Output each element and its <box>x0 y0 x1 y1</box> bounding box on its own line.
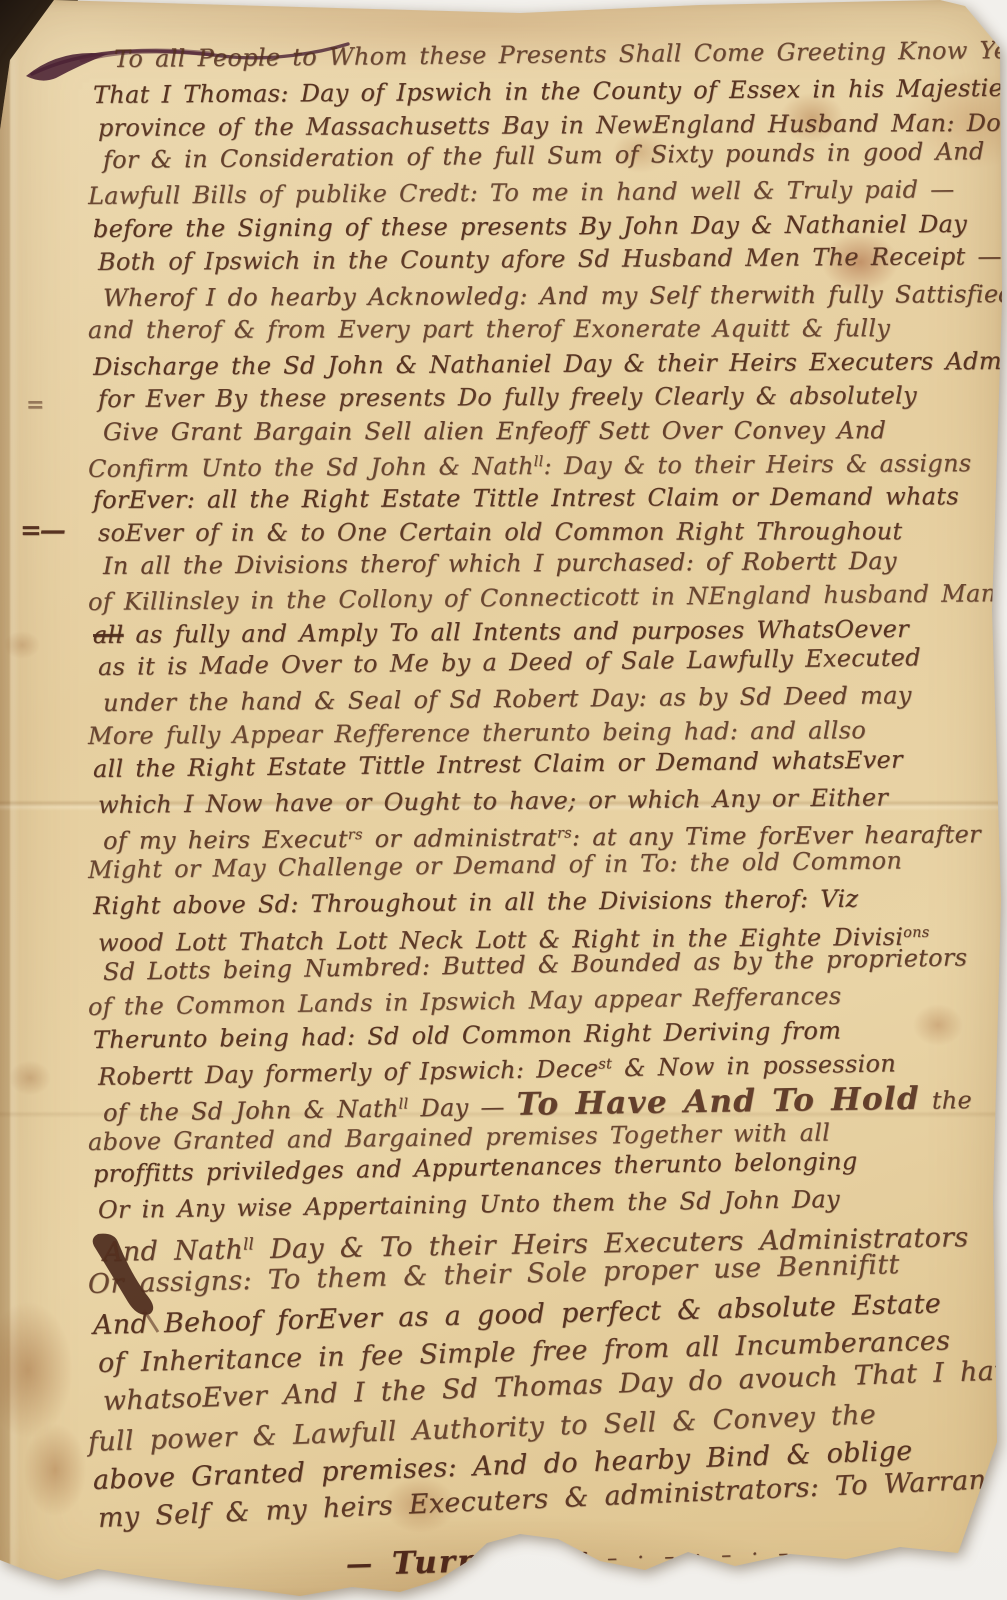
manuscript-segment: forEver: all the Right Estate Tittle Int… <box>93 483 959 515</box>
manuscript-line: Both of Ipswich in the County afore Sd H… <box>98 240 993 280</box>
manuscript-segment: before the Signing of these presents By … <box>93 210 967 243</box>
manuscript-segment-sup: rs <box>1002 349 1007 365</box>
manuscript-segment: Might or May Challenge or Demand of in T… <box>88 847 903 885</box>
manuscript-segment: Day — <box>408 1092 517 1122</box>
manuscript-segment: & Now in possession <box>612 1049 896 1082</box>
manuscript-segment: Wherof I do hearby Acknowledg: And my Se… <box>103 280 1007 312</box>
turn-over-trail-marks: – · – · – · – <box>607 1540 796 1569</box>
manuscript-line: Confirm Unto the Sd John & Nathll: Day &… <box>88 443 993 483</box>
manuscript-segment-sup: st <box>598 1056 612 1072</box>
manuscript-segment: Give Grant Bargain Sell alien Enfeoff Se… <box>103 416 886 446</box>
manuscript-segment: under the hand & Seal of Sd Robert Day: … <box>103 681 912 717</box>
manuscript-line: for Ever By these presents Do fully free… <box>98 379 993 417</box>
manuscript-segment: To all People to Whom these Presents Sha… <box>114 36 1007 73</box>
turn-over-lead-mark: — <box>346 1549 373 1580</box>
manuscript-segment: Lawfull Bills of publike Credt: To me in… <box>88 175 955 210</box>
manuscript-segment: : Day & to their Heirs & assigns <box>544 449 972 480</box>
manuscript-segment-sup: ll <box>534 454 544 470</box>
manuscript-segment: Right above Sd: Throughout in all the Di… <box>93 885 859 920</box>
manuscript-segment: soEver of in & to One Certain old Common… <box>98 517 903 547</box>
manuscript-line: for & in Consideration of the full Sum o… <box>103 136 993 179</box>
manuscript-segment: Both of Ipswich in the County afore Sd H… <box>98 242 1002 276</box>
manuscript-scan: = =— To all People to Whom these Present… <box>0 0 1007 1600</box>
manuscript-segment: the <box>920 1086 973 1115</box>
paper-wrapper: = =— To all People to Whom these Present… <box>0 0 1007 1600</box>
margin-mark: =— <box>20 516 64 546</box>
manuscript-segment: In all the Divisions therof which I purc… <box>103 547 897 580</box>
manuscript-segment: for & in Consideration of the full Sum o… <box>103 138 985 175</box>
manuscript-text: To all People to Whom these Presents Sha… <box>88 44 993 1583</box>
manuscript-segment: Confirm Unto the Sd John & Nath <box>88 452 534 483</box>
manuscript-segment: Discharge the Sd John & Nathaniel Day & … <box>93 347 1002 381</box>
manuscript-line: forEver: all the Right Estate Tittle Int… <box>93 480 993 518</box>
manuscript-segment: all the Right Estate Tittle Intrest Clai… <box>93 745 903 782</box>
turn-over-note: Turn over <box>391 1540 587 1581</box>
manuscript-line: Discharge the Sd John & Nathaniel Day & … <box>93 341 993 381</box>
manuscript-page: = =— To all People to Whom these Present… <box>0 0 1007 1600</box>
manuscript-segment: which I Now have or Ought to have; or wh… <box>98 783 888 819</box>
manuscript-segment-sup: ll <box>243 1234 254 1253</box>
manuscript-segment-strike: all <box>93 620 124 648</box>
manuscript-segment-sup: rs <box>348 827 363 843</box>
manuscript-line: That I Thomas: Day of Ipswich in the Cou… <box>93 72 993 113</box>
manuscript-segment: as it is Made Over to Me by a Deed of Sa… <box>98 644 921 682</box>
manuscript-segment: of Killinsley in the Collony of Connecti… <box>88 579 997 616</box>
manuscript-segment: That I Thomas: Day of Ipswich in the Cou… <box>93 74 1007 109</box>
manuscript-segment: and therof & from Every part therof Exon… <box>88 315 890 345</box>
margin-mark: = <box>26 392 44 418</box>
manuscript-line: Wherof I do hearby Acknowledg: And my Se… <box>103 278 993 316</box>
manuscript-segment-sup: ons <box>903 924 929 940</box>
turn-over-row: —Turn over– · – · – · – <box>345 1529 993 1583</box>
manuscript-segment-sup: rs <box>557 826 572 842</box>
manuscript-segment: for Ever By these presents Do fully free… <box>98 381 917 413</box>
manuscript-segment: Robertt Day formerly of Ipswich: Dece <box>98 1054 599 1090</box>
